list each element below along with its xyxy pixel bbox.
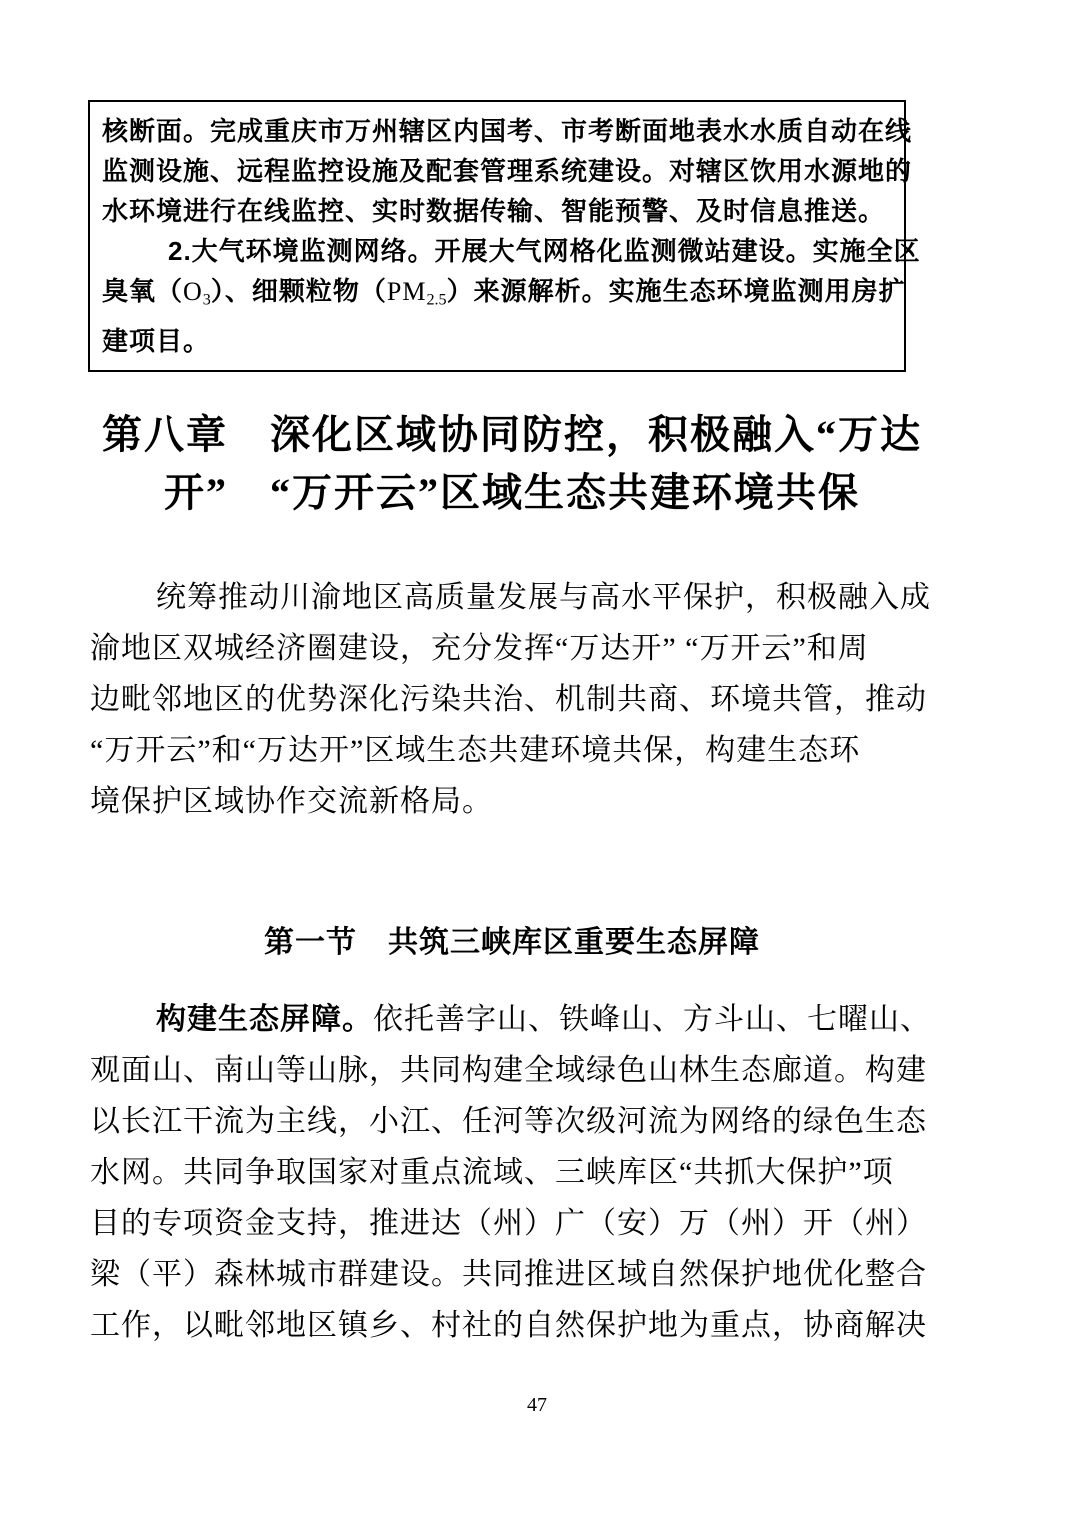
text-line: 水网。共同争取国家对重点流域、三峡库区“共抓大保护”项: [90, 1147, 940, 1198]
text-line: 工作，以毗邻地区镇乡、村社的自然保护地为重点，协商解决: [90, 1300, 940, 1351]
text-segment: 以长江干流为主线，小江、任河等次级河流为网络的绿色生态: [90, 1105, 927, 1138]
text-segment: “万开云”和“万达开”区域生态共建环境共保，构建生态环: [90, 734, 860, 767]
text-segment: 建项目。: [102, 326, 210, 356]
text-segment: PM: [387, 277, 427, 306]
text-line: 水环境进行在线监控、实时数据传输、智能预警、及时信息推送。: [102, 191, 892, 231]
text-line: 臭氧（O3）、细颗粒物（PM2.5）来源解析。实施生态环境监测用房扩: [102, 271, 892, 321]
text-line: 观面山、南山等山脉，共同构建全域绿色山林生态廊道。构建: [90, 1045, 940, 1096]
text-segment: 观面山、南山等山脉，共同构建全域绿色山林生态廊道。构建: [90, 1054, 927, 1087]
notice-box: 核断面。完成重庆市万州辖区内国考、市考断面地表水水质自动在线监测设施、远程监控设…: [88, 100, 906, 372]
text-segment: 边毗邻地区的优势深化污染共治、机制共商、环境共管，推动: [90, 683, 927, 716]
text-segment: 水网。共同争取国家对重点流域、三峡库区“共抓大保护”项: [90, 1156, 894, 1189]
text-segment: 3: [203, 292, 211, 309]
page-number: 47: [0, 1392, 1074, 1418]
text-segment: 工作，以毗邻地区镇乡、村社的自然保护地为重点，协商解决: [90, 1309, 927, 1342]
text-segment: 2.大气环境监测网络。开展大气网格化监测微站建设。实施全区: [168, 236, 921, 266]
text-segment: 统筹推动川渝地区高质量发展与高水平保护，积极融入成: [156, 581, 931, 614]
text-line: 以长江干流为主线，小江、任河等次级河流为网络的绿色生态: [90, 1096, 940, 1147]
text-segment: 境保护区域协作交流新格局。: [90, 785, 493, 818]
lead-in-emphasis: 构建生态屏障。: [156, 1003, 373, 1036]
text-segment: 臭氧（: [102, 276, 183, 306]
text-line: 梁（平）森林城市群建设。共同推进区域自然保护地优化整合: [90, 1249, 940, 1300]
text-segment: 依托善字山、铁峰山、方斗山、七曜山、: [373, 1003, 931, 1036]
text-segment: 核断面。完成重庆市万州辖区内国考、市考断面地表水水质自动在线: [102, 116, 912, 146]
paragraph-regional-cooperation: 统筹推动川渝地区高质量发展与高水平保护，积极融入成渝地区双城经济圈建设，充分发挥…: [90, 572, 940, 827]
paragraph-ecological-barrier: 构建生态屏障。依托善字山、铁峰山、方斗山、七曜山、观面山、南山等山脉，共同构建全…: [90, 994, 940, 1351]
text-line: 建项目。: [102, 321, 892, 361]
text-segment: 监测设施、远程监控设施及配套管理系统建设。对辖区饮用水源地的: [102, 156, 912, 186]
text-segment: 目的专项资金支持，推进达（州）广（安）万（州）开（州）: [90, 1207, 927, 1240]
text-line: 境保护区域协作交流新格局。: [90, 776, 940, 827]
text-segment: 渝地区双城经济圈建设，充分发挥“万达开” “万开云”和周: [90, 632, 869, 665]
section-heading: 第一节 共筑三峡库区重要生态屏障: [88, 922, 936, 964]
text-line: 目的专项资金支持，推进达（州）广（安）万（州）开（州）: [90, 1198, 940, 1249]
text-line: 渝地区双城经济圈建设，充分发挥“万达开” “万开云”和周: [90, 623, 940, 674]
text-line: 构建生态屏障。依托善字山、铁峰山、方斗山、七曜山、: [90, 994, 940, 1045]
text-segment: ）、细颗粒物（: [211, 276, 387, 306]
text-line: 边毗邻地区的优势深化污染共治、机制共商、环境共管，推动: [90, 674, 940, 725]
chapter-heading-line2: 开” “万开云”区域生态共建环境共保: [88, 464, 936, 522]
text-segment: ）来源解析。实施生态环境监测用房扩: [447, 276, 906, 306]
text-line: 核断面。完成重庆市万州辖区内国考、市考断面地表水水质自动在线: [102, 111, 892, 151]
text-line: 2.大气环境监测网络。开展大气网格化监测微站建设。实施全区: [102, 231, 892, 271]
chapter-heading-line1: 第八章 深化区域协同防控，积极融入“万达: [88, 406, 936, 464]
text-line: “万开云”和“万达开”区域生态共建环境共保，构建生态环: [90, 725, 940, 776]
text-segment: 水环境进行在线监控、实时数据传输、智能预警、及时信息推送。: [102, 196, 885, 226]
text-line: 监测设施、远程监控设施及配套管理系统建设。对辖区饮用水源地的: [102, 151, 892, 191]
text-segment: 2.5: [426, 292, 446, 309]
text-segment: O: [183, 277, 203, 306]
text-line: 统筹推动川渝地区高质量发展与高水平保护，积极融入成: [90, 572, 940, 623]
chapter-heading: 第八章 深化区域协同防控，积极融入“万达 开” “万开云”区域生态共建环境共保: [88, 406, 936, 522]
document-page: 核断面。完成重庆市万州辖区内国考、市考断面地表水水质自动在线监测设施、远程监控设…: [0, 0, 1074, 1520]
text-segment: 梁（平）森林城市群建设。共同推进区域自然保护地优化整合: [90, 1258, 927, 1291]
